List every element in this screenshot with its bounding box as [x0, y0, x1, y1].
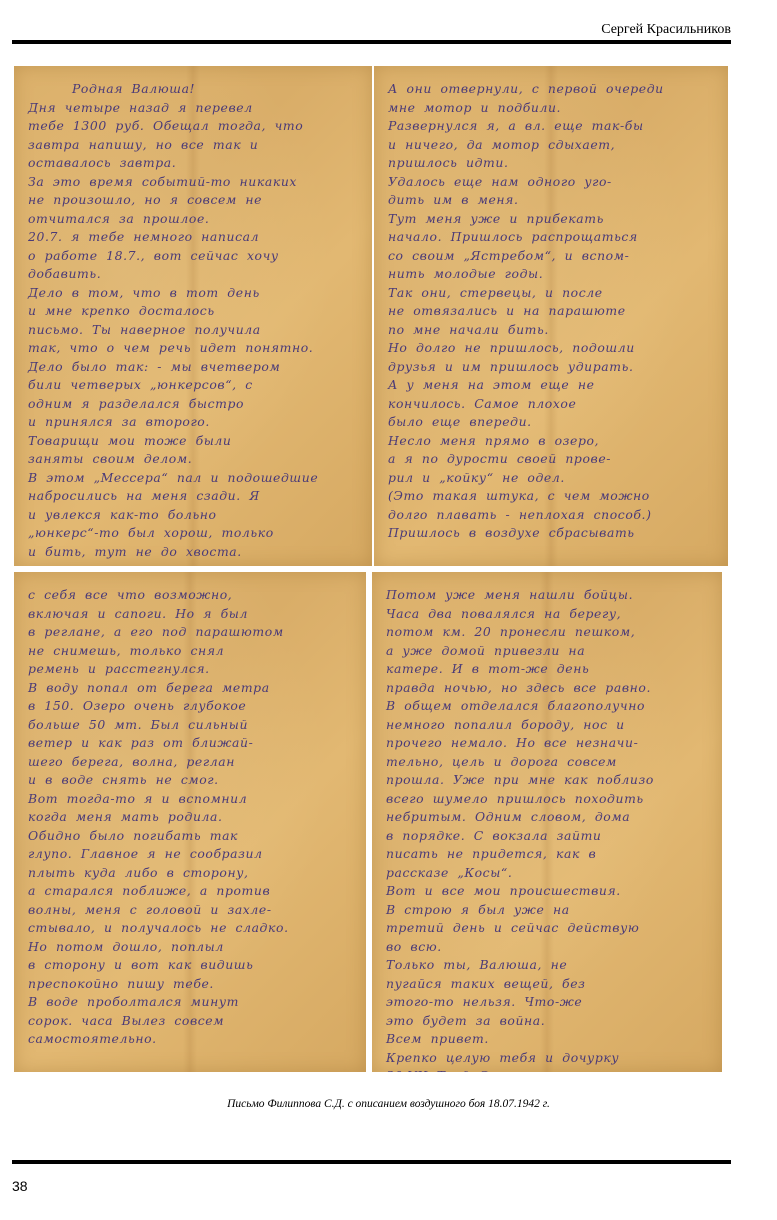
handwritten-line: этого-то нельзя. Что-же [386, 993, 712, 1012]
handwritten-line: одним я разделался быстро [28, 395, 362, 414]
handwritten-line: во всю. [386, 938, 712, 957]
handwritten-line: по мне начали бить. [388, 321, 718, 340]
handwritten-line: в 150. Озеро очень глубокое [28, 697, 356, 716]
handwritten-line: Несло меня прямо в озеро, [388, 432, 718, 451]
handwritten-line: В воду попал от берега метра [28, 679, 356, 698]
handwritten-line: прошла. Уже при мне как поблизо [386, 771, 712, 790]
handwritten-line: а старался поближе, а против [28, 882, 356, 901]
handwritten-line: сорок. часа Вылез совсем [28, 1012, 356, 1031]
handwritten-line: Родная Валюша! [28, 80, 362, 99]
handwritten-line: а я по дурости своей прове- [388, 450, 718, 469]
handwritten-line: „юнкерс“-то был хорош, только [28, 524, 362, 543]
handwritten-line: третий день и сейчас действую [386, 919, 712, 938]
handwritten-line: не отвязались и на парашюте [388, 302, 718, 321]
handwritten-line: самостоятельно. [28, 1030, 356, 1049]
handwritten-line: это будет за война. [386, 1012, 712, 1031]
handwritten-line: Вот тогда-то я и вспомнил [28, 790, 356, 809]
handwritten-line: А они отвернули, с первой очереди [388, 80, 718, 99]
handwritten-line: и увлекся как-то больно [28, 506, 362, 525]
handwritten-line: и бить, тут не до хвоста. [28, 543, 362, 562]
page-number: 38 [12, 1178, 28, 1194]
handwritten-line: добавить. [28, 265, 362, 284]
handwritten-line: потом км. 20 пронесли пешком, [386, 623, 712, 642]
header-rule [12, 40, 731, 44]
handwritten-line: В воде проболтался минут [28, 993, 356, 1012]
handwritten-line: и принялся за второго. [28, 413, 362, 432]
handwritten-line: о работе 18.7., вот сейчас хочу [28, 247, 362, 266]
handwritten-line: когда меня мать родила. [28, 808, 356, 827]
handwritten-line: дить им в меня. [388, 191, 718, 210]
handwritten-line: Дело было так: - мы вчетвером [28, 358, 362, 377]
handwritten-line: В этом „Мессера“ пал и подошедшие [28, 469, 362, 488]
handwritten-line: Удалось еще нам одного уго- [388, 173, 718, 192]
handwritten-line: в сторону и вот как видишь [28, 956, 356, 975]
handwritten-line: нить молодые годы. [388, 265, 718, 284]
handwritten-line: со своим „Ястребом“, и вспом- [388, 247, 718, 266]
handwritten-line: стывало, и получалось не сладко. [28, 919, 356, 938]
footer-rule [12, 1160, 731, 1164]
handwritten-line: небритым. Одним словом, дома [386, 808, 712, 827]
figure-caption: Письмо Филиппова С.Д. с описанием воздуш… [0, 1098, 777, 1110]
handwritten-line: прочего немало. Но все незначи- [386, 734, 712, 753]
handwritten-line: друзья и им пришлось удирать. [388, 358, 718, 377]
handwritten-line: Дело в том, что в тот день [28, 284, 362, 303]
handwritten-text: А они отвернули, с первой очередимне мот… [374, 66, 728, 543]
letter-page-bottom-right: Потом уже меня нашли бойцы.Часа два пова… [372, 572, 722, 1072]
handwritten-text: Родная Валюша!Дня четыре назад я перевел… [14, 66, 372, 561]
handwritten-line: преспокойно пишу тебе. [28, 975, 356, 994]
handwritten-line: шего берега, волна, реглан [28, 753, 356, 772]
handwritten-line: и в воде снять не смог. [28, 771, 356, 790]
handwritten-line: с себя все что возможно, [28, 586, 356, 605]
handwritten-line: За это время событий-то никаких [28, 173, 362, 192]
handwritten-line: заняты своим делом. [28, 450, 362, 469]
handwritten-line: Тут меня уже и прибекать [388, 210, 718, 229]
handwritten-line: набросились на меня сзади. Я [28, 487, 362, 506]
handwritten-line: Только ты, Валюша, не [386, 956, 712, 975]
handwritten-line: 30.VII Твой Сергушка. [386, 1067, 712, 1072]
handwritten-text: Потом уже меня нашли бойцы.Часа два пова… [372, 572, 722, 1072]
handwritten-line: больше 50 мт. Был сильный [28, 716, 356, 735]
handwritten-line: отчитался за прошлое. [28, 210, 362, 229]
letter-page-bottom-left: с себя все что возможно,включая и сапоги… [14, 572, 366, 1072]
handwritten-line: письмо. Ты наверное получила [28, 321, 362, 340]
handwritten-line: катере. И в тот-же день [386, 660, 712, 679]
handwritten-line: немного попалил бороду, нос и [386, 716, 712, 735]
handwritten-line: 20.7. я тебе немного написал [28, 228, 362, 247]
handwritten-line: а уже домой привезли на [386, 642, 712, 661]
handwritten-text: с себя все что возможно,включая и сапоги… [14, 572, 366, 1049]
handwritten-line: волны, меня с головой и захле- [28, 901, 356, 920]
handwritten-line: В строю я был уже на [386, 901, 712, 920]
handwritten-line: так, что о чем речь идет понятно. [28, 339, 362, 358]
handwritten-line: не произошло, но я совсем не [28, 191, 362, 210]
handwritten-line: Всем привет. [386, 1030, 712, 1049]
handwritten-line: и мне крепко досталось [28, 302, 362, 321]
handwritten-line: включая и сапоги. Но я был [28, 605, 356, 624]
handwritten-line: Развернулся я, а вл. еще так-бы [388, 117, 718, 136]
handwritten-line: Обидно было погибать так [28, 827, 356, 846]
handwritten-line: били четверых „юнкерсов“, с [28, 376, 362, 395]
running-head: Сергей Красильников [601, 22, 731, 38]
handwritten-line: в порядке. С вокзала зайти [386, 827, 712, 846]
handwritten-line: пугайся таких вещей, без [386, 975, 712, 994]
handwritten-line: правда ночью, но здесь все равно. [386, 679, 712, 698]
handwritten-line: плыть куда либо в сторону, [28, 864, 356, 883]
handwritten-line: завтра напишу, но все так и [28, 136, 362, 155]
handwritten-line: Пришлось в воздухе сбрасывать [388, 524, 718, 543]
handwritten-line: ветер и как раз от ближай- [28, 734, 356, 753]
handwritten-line: мне мотор и подбили. [388, 99, 718, 118]
handwritten-line: в реглане, а его под парашютом [28, 623, 356, 642]
handwritten-line: пришлось идти. [388, 154, 718, 173]
handwritten-line: писать не придется, как в [386, 845, 712, 864]
handwritten-line: и ничего, да мотор сдыхает, [388, 136, 718, 155]
handwritten-line: не снимешь, только снял [28, 642, 356, 661]
handwritten-line: тебе 1300 руб. Обещал тогда, что [28, 117, 362, 136]
handwritten-line: Крепко целую тебя и дочурку [386, 1049, 712, 1068]
handwritten-line: Потом уже меня нашли бойцы. [386, 586, 712, 605]
handwritten-line: ремень и расстегнулся. [28, 660, 356, 679]
handwritten-line: Дня четыре назад я перевел [28, 99, 362, 118]
letter-figure: Родная Валюша!Дня четыре назад я перевел… [12, 66, 732, 1078]
letter-page-top-right: А они отвернули, с первой очередимне мот… [374, 66, 728, 566]
handwritten-line: начало. Пришлось распрощаться [388, 228, 718, 247]
handwritten-line: оставалось завтра. [28, 154, 362, 173]
handwritten-line: кончилось. Самое плохое [388, 395, 718, 414]
handwritten-line: рассказе „Косы“. [386, 864, 712, 883]
handwritten-line: Так они, стервецы, и после [388, 284, 718, 303]
handwritten-line: рил и „койку“ не одел. [388, 469, 718, 488]
handwritten-line: тельно, цель и дорога совсем [386, 753, 712, 772]
handwritten-line: А у меня на этом еще не [388, 376, 718, 395]
handwritten-line: (Это такая штука, с чем можно [388, 487, 718, 506]
handwritten-line: глупо. Главное я не сообразил [28, 845, 356, 864]
handwritten-line: Но потом дошло, поплыл [28, 938, 356, 957]
handwritten-line: всего шумело пришлось походить [386, 790, 712, 809]
letter-page-top-left: Родная Валюша!Дня четыре назад я перевел… [14, 66, 372, 566]
handwritten-line: Товарищи мои тоже были [28, 432, 362, 451]
handwritten-line: Вот и все мои происшествия. [386, 882, 712, 901]
handwritten-line: долго плавать - неплохая способ.) [388, 506, 718, 525]
handwritten-line: Но долго не пришлось, подошли [388, 339, 718, 358]
handwritten-line: было еще впереди. [388, 413, 718, 432]
handwritten-line: Часа два повалялся на берегу, [386, 605, 712, 624]
handwritten-line: В общем отделался благополучно [386, 697, 712, 716]
